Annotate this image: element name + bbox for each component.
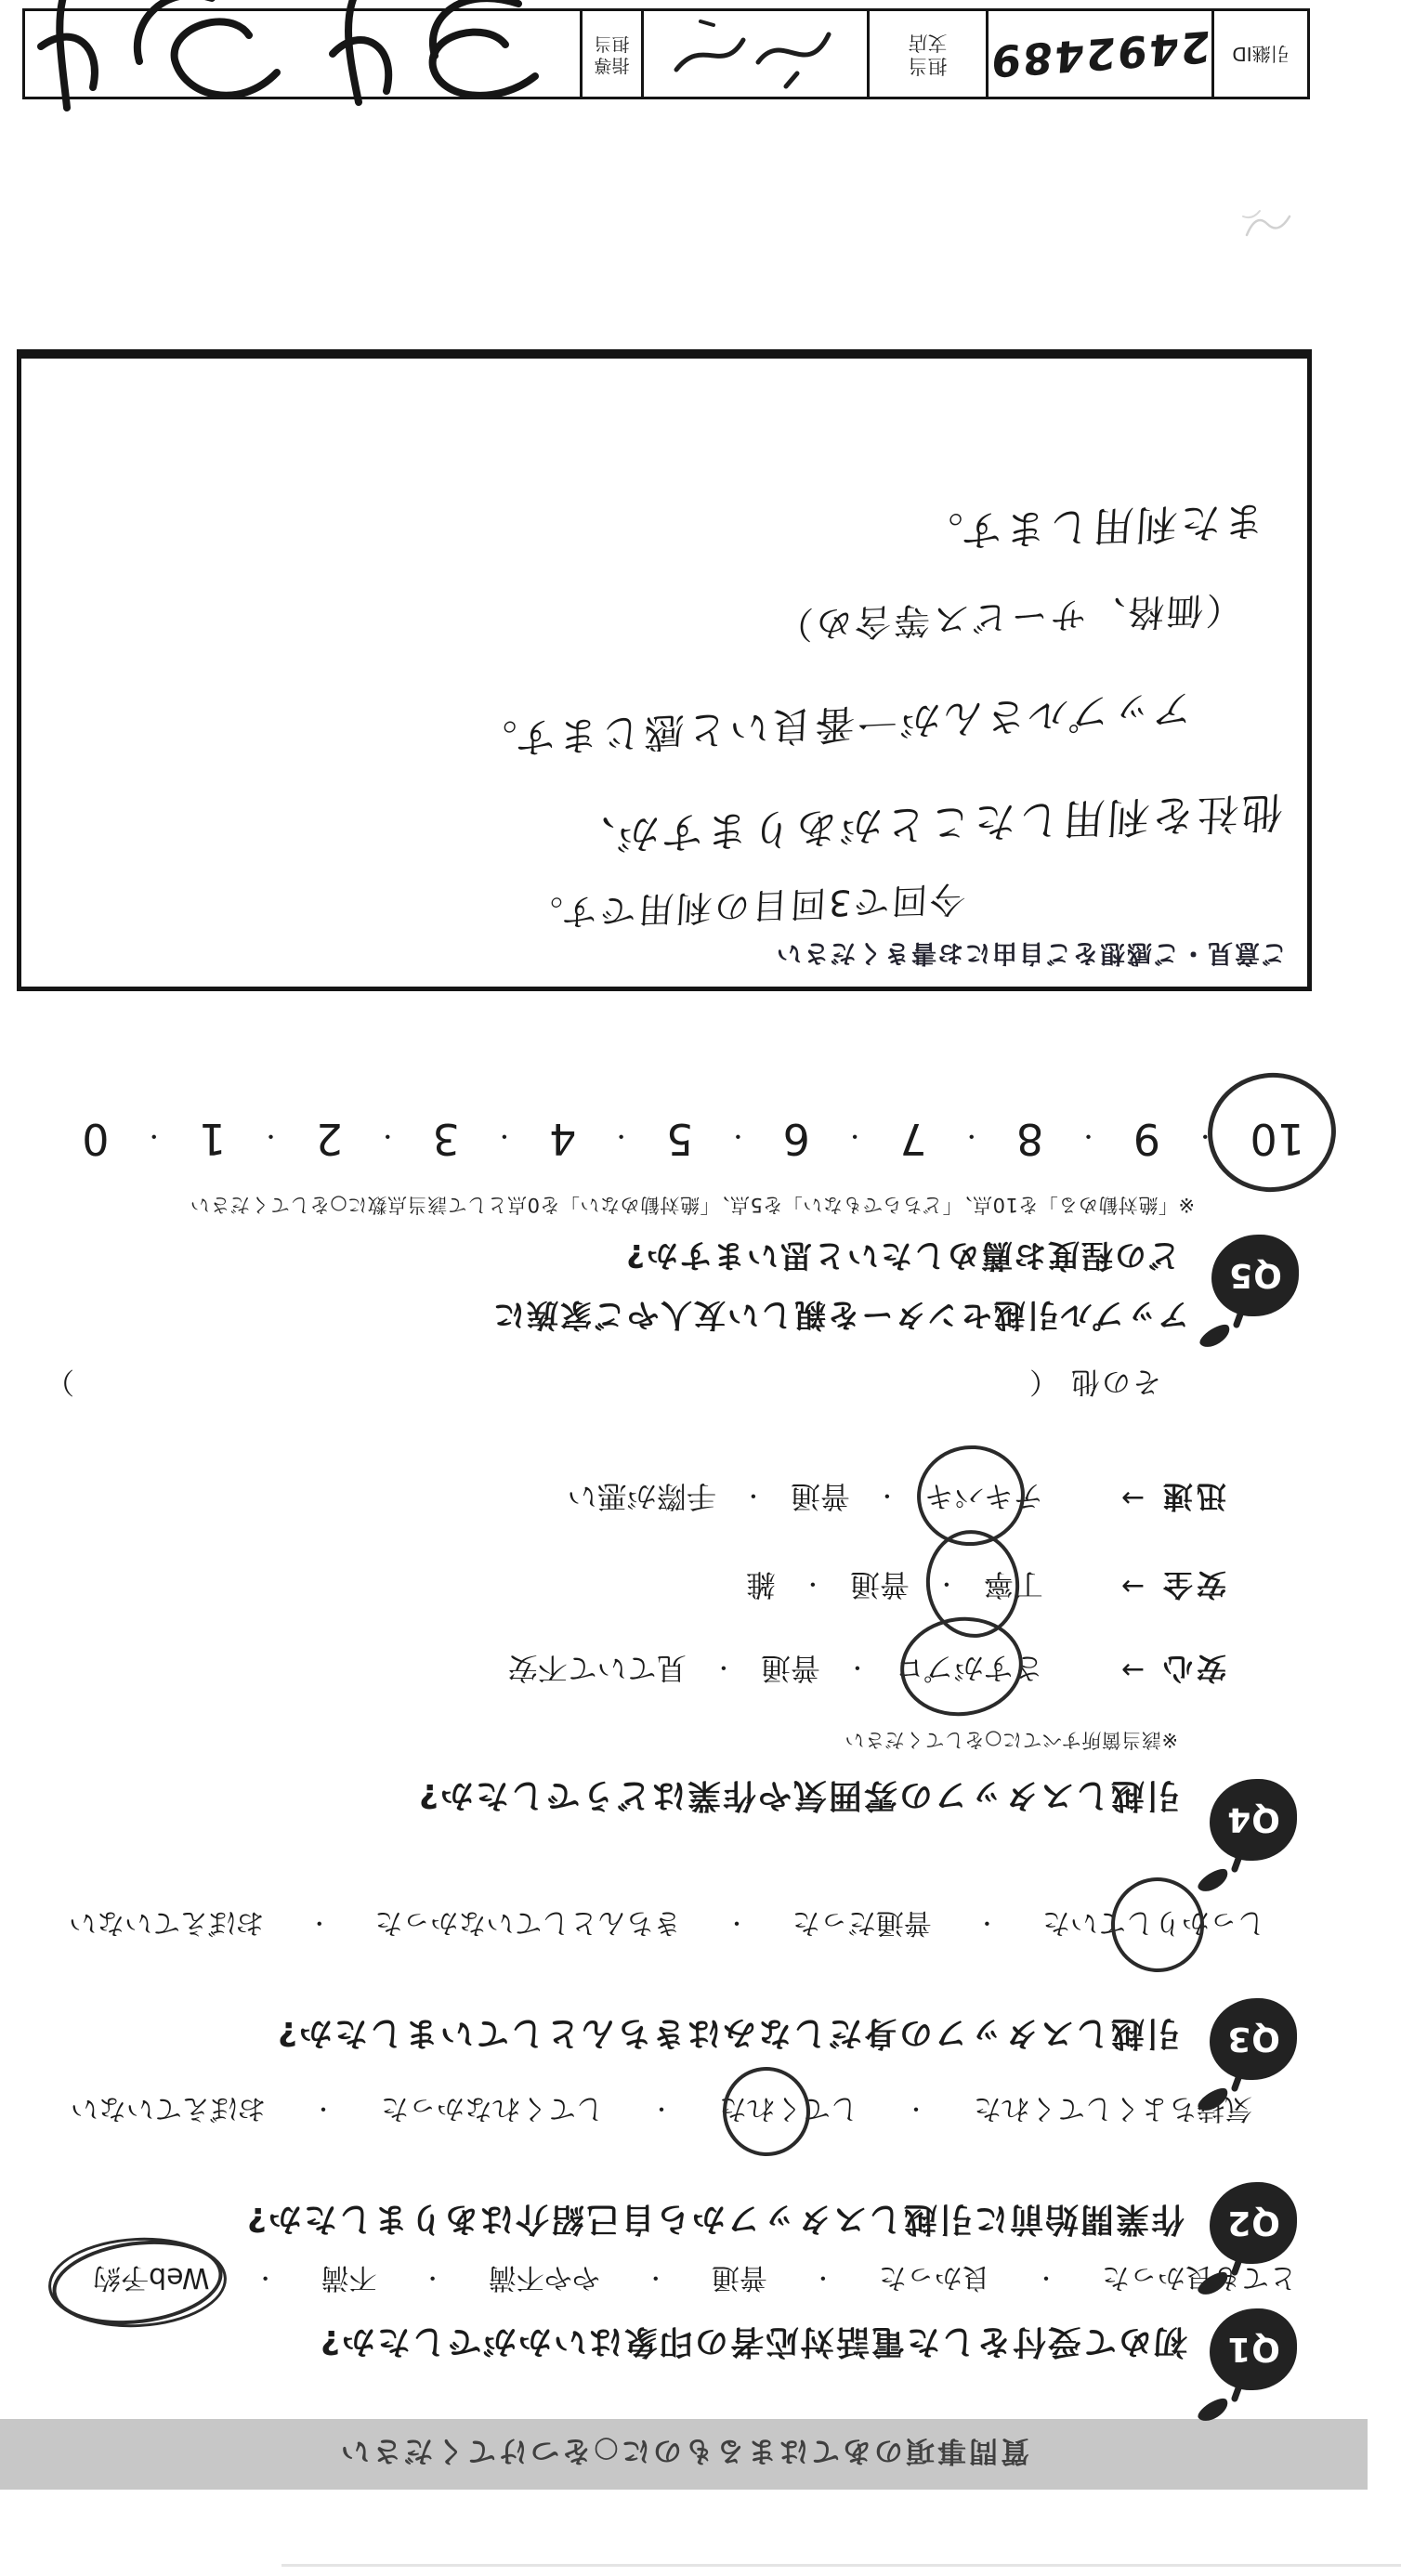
handwriting-line: 今回で3回目の利用です。	[523, 876, 967, 943]
option-selected: 丁寧	[984, 1565, 1043, 1608]
q5-number: Q5	[1228, 1257, 1282, 1295]
cell-instructor-label: 指導担当	[580, 11, 641, 97]
scale-value-selected: 10	[1250, 1114, 1304, 1164]
option-selected: Web予約	[93, 2260, 209, 2301]
q3-balloon-icon: Q3	[1210, 1998, 1297, 2080]
option-separator: ・	[812, 2265, 834, 2297]
scanned-survey-page: { "page": { "bar": "質問事項のあてはまるものに○をつけてくだ…	[0, 0, 1401, 2576]
cell-branch-label: 担当支店	[867, 11, 986, 97]
arrow-icon: →	[1121, 1483, 1145, 1515]
option-separator: ・	[1035, 2265, 1057, 2297]
q4-question: 引越しスタッフの雰囲気や作業はどうでしたか?	[417, 1774, 1180, 1822]
q4-other-close-paren: ）	[46, 1364, 74, 1406]
scale-separator: ・	[259, 1123, 282, 1156]
option-selected: テキパキ	[924, 1477, 1043, 1520]
option: 雑	[746, 1565, 776, 1608]
scale-separator: ・	[961, 1123, 983, 1156]
handwriting-line: また利用します。	[917, 494, 1266, 566]
option-separator: ・	[645, 2265, 667, 2297]
option: 普通	[712, 2260, 767, 2301]
scan-edge-line	[282, 2564, 1401, 2567]
other-label: その他	[1069, 1365, 1161, 1398]
option-separator: ・	[726, 1910, 748, 1942]
scale-value: 5	[666, 1114, 693, 1164]
option-separator: ・	[742, 1483, 765, 1515]
selection-circle	[47, 2231, 227, 2334]
q4-row-anzen: 安全 → 丁寧 ・ 普通 ・ 雑	[746, 1565, 1226, 1608]
selection-circle	[1106, 1872, 1210, 1977]
q3-number: Q3	[1226, 2020, 1280, 2059]
scale-separator: ・	[727, 1123, 749, 1156]
scale-separator: ・	[376, 1123, 399, 1156]
q3-question: 引越しスタッフの身だしなみはきちんとしていましたか?	[276, 2012, 1180, 2059]
option-separator: ・	[312, 2096, 334, 2128]
q5-question-line2: どの程度お薦めしたいと思いますか?	[624, 1236, 1180, 1281]
option: きちんとしていなかった	[374, 1905, 681, 1946]
option: 手際が悪い	[568, 1477, 716, 1520]
q4-balloon-icon: Q4	[1210, 1779, 1297, 1861]
q3-options: しっかりしていた ・ 普通だった ・ きちんとしていなかった ・ おぼえていない	[69, 1905, 1265, 1946]
option-selected: さすがプロ	[895, 1649, 1043, 1692]
cell-instructor-value	[25, 11, 580, 97]
option-separator: ・	[876, 1483, 898, 1515]
selection-circle	[911, 1439, 1030, 1551]
option-selected: してくれた	[719, 2091, 858, 2132]
q1-balloon-icon: Q1	[1210, 2308, 1297, 2390]
scale-value: 3	[432, 1114, 459, 1164]
option-separator: ・	[713, 1654, 735, 1687]
selection-circle	[1201, 1066, 1343, 1199]
scale-separator: ・	[844, 1123, 866, 1156]
comment-box-label: ご意見・ご感想をご自由にお書きください	[775, 937, 1287, 974]
option: おぼえていない	[71, 2091, 266, 2132]
option: 普通	[850, 1565, 910, 1608]
option-separator: ・	[905, 2096, 927, 2128]
q1-number: Q1	[1226, 2331, 1280, 2369]
option-separator: ・	[422, 2265, 444, 2297]
scale-separator: ・	[1078, 1123, 1100, 1156]
paren-open: （	[1028, 1365, 1058, 1398]
q5-note: ※「絶対勧める」を10点、「どちらでもない」を5点、「絶対勧めない」を0点として…	[190, 1192, 1195, 1220]
branch-label: 担当支店	[905, 31, 951, 77]
q4-row-anshin: 安心 → さすがプロ ・ 普通 ・ 見ていて不安	[508, 1649, 1226, 1692]
scale-value: 9	[1133, 1114, 1160, 1164]
option: やや不満	[489, 2260, 600, 2301]
option: 普通	[761, 1649, 820, 1692]
q4-other-row: その他 （	[1028, 1364, 1161, 1406]
option: 普通だった	[792, 1905, 932, 1946]
instruction-bar-text: 質問事項のあてはまるものに○をつけてください	[338, 2434, 1029, 2476]
scale-value: 7	[899, 1114, 926, 1164]
branch-handwritten-scrawl	[648, 14, 862, 94]
scale-value: 8	[1016, 1114, 1043, 1164]
option: 良かった	[879, 2260, 990, 2301]
instructor-label: 指導担当	[592, 33, 633, 75]
q4-note: ※該当箇所すべてに○をしてください	[845, 1727, 1178, 1755]
scale-value: 4	[549, 1114, 576, 1164]
row-label: 迅速	[1159, 1477, 1226, 1520]
scale-value: 2	[316, 1114, 343, 1164]
option-selected: しっかりしていた	[1042, 1905, 1265, 1946]
scale-separator: ・	[610, 1123, 633, 1156]
arrow-icon: →	[1121, 1571, 1145, 1603]
scale-separator: ・	[143, 1123, 165, 1156]
row-label: 安心	[1159, 1649, 1226, 1692]
option-separator: ・	[975, 1910, 998, 1942]
instructor-handwritten-signature	[19, 0, 576, 113]
option: してくれなかった	[381, 2091, 604, 2132]
scale-value: 1	[199, 1114, 226, 1164]
q5-balloon-icon: Q5	[1211, 1235, 1299, 1316]
option: とても良かった	[1102, 2260, 1297, 2301]
q2-balloon-icon: Q2	[1210, 2182, 1297, 2264]
rotated-document-sheet: 質問事項のあてはまるものに○をつけてください Q1 初めて受付をした電話対応者の…	[0, 0, 1401, 2576]
row-label: 安全	[1159, 1565, 1226, 1608]
instruction-bar: 質問事項のあてはまるものに○をつけてください	[0, 2419, 1368, 2490]
nps-scale: 10 ・ 9 ・ 8 ・ 7 ・ 6 ・ 5 ・ 4 ・ 3 ・ 2 ・ 1 ・…	[82, 1114, 1304, 1164]
hikitsugi-id-label: 引継ID	[1232, 43, 1289, 65]
option: 普通	[791, 1477, 850, 1520]
q5-question-line1: アップル引越センターを親しい友人やご家族に	[491, 1295, 1189, 1340]
option: 不満	[321, 2260, 377, 2301]
option-separator: ・	[650, 2096, 673, 2128]
q2-options: 気持ちよくしてくれた ・ してくれた ・ してくれなかった ・ おぼえていない	[71, 2091, 1252, 2132]
handwriting-line: （価格、サービス等含め）	[773, 585, 1244, 654]
option: おぼえていない	[69, 1905, 264, 1946]
q1-question: 初めて受付をした電話対応者の印象はいかがでしたか?	[319, 2321, 1187, 2368]
q4-number: Q4	[1226, 1801, 1280, 1839]
handwriting-line: アップルさんが一番良いと感じます。	[473, 683, 1194, 771]
q1-options: とても良かった ・ 良かった ・ 普通 ・ やや不満 ・ 不満 ・ Web予約	[93, 2260, 1297, 2301]
scale-value: 0	[82, 1114, 109, 1164]
q2-question: 作業開始前に引越しスタッフから自己紹介はありましたか?	[245, 2198, 1185, 2245]
footer-table: 引継ID 2492489 担当支店 指導担当	[22, 8, 1310, 99]
scale-separator: ・	[493, 1123, 516, 1156]
q4-row-jinsoku: 迅速 → テキパキ ・ 普通 ・ 手際が悪い	[568, 1477, 1226, 1520]
option-separator: ・	[802, 1571, 824, 1603]
q2-number: Q2	[1226, 2204, 1280, 2243]
hikitsugi-id-handwritten-value: 2492489	[988, 20, 1211, 86]
option: 見ていて不安	[508, 1649, 687, 1692]
selection-circle	[718, 2062, 816, 2162]
arrow-icon: →	[1121, 1654, 1145, 1687]
option-separator: ・	[308, 1910, 331, 1942]
cell-hikitsugi-id-label: 引継ID	[1211, 11, 1307, 97]
scale-value: 6	[783, 1114, 810, 1164]
option-separator: ・	[846, 1654, 869, 1687]
cell-branch-value	[641, 11, 867, 97]
comment-box: ご意見・ご感想をご自由にお書きください 今回で3回目の利用です。 他社を利用した…	[17, 349, 1312, 991]
handwriting-line: 他社を利用したことがありますが、	[569, 785, 1285, 870]
cell-hikitsugi-id-value: 2492489	[986, 11, 1211, 97]
pencil-smudge	[1232, 202, 1297, 254]
option-separator: ・	[255, 2265, 277, 2297]
